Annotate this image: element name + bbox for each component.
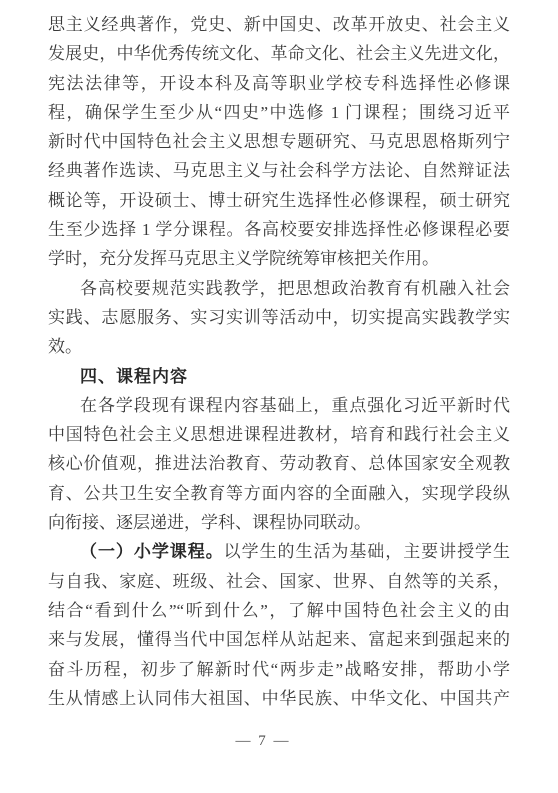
- text-line: 在各学段现有课程内容基础上，重点强化习近平新时代: [48, 391, 510, 420]
- text-line: 学时，充分发挥马克思主义学院统筹审核把关作用。: [48, 244, 510, 273]
- text-line: 奋斗历程，初步了解新时代“两步走”战略安排，帮助小学: [48, 655, 510, 684]
- section-heading: 四、课程内容: [48, 362, 510, 391]
- text-line: 宪法法律等，开设本科及高等职业学校专科选择性必修课: [48, 69, 510, 98]
- text-line: 中国特色社会主义思想进课程进教材，培育和践行社会主义: [48, 420, 510, 449]
- text-line: 育、公共卫生安全教育等方面内容的全面融入，实现学段纵: [48, 479, 510, 508]
- text-line: 程，确保学生至少从“四史”中选修 1 门课程；围绕习近平: [48, 98, 510, 127]
- text-line: 来与发展，懂得当代中国怎样从站起来、富起来到强起来的: [48, 625, 510, 654]
- subsection-title: （一）小学课程。: [80, 542, 224, 561]
- text-line: 生从情感上认同伟大祖国、中华民族、中华文化、中国共产: [48, 684, 510, 713]
- text-line: 经典著作选读、马克思主义与社会科学方法论、自然辩证法: [48, 156, 510, 185]
- text-run: 以学生的生活为基础，主要讲授学生: [224, 542, 510, 561]
- document-body: 思主义经典著作，党史、新中国史、改革开放史、社会主义发展史，中华优秀传统文化、革…: [48, 10, 510, 713]
- text-line: 发展史，中华优秀传统文化、革命文化、社会主义先进文化，: [48, 39, 510, 68]
- text-line: 思主义经典著作，党史、新中国史、改革开放史、社会主义: [48, 10, 510, 39]
- text-line: 各高校要规范实践教学，把思想政治教育有机融入社会: [48, 274, 510, 303]
- text-line: 实践、志愿服务、实习实训等活动中，切实提高实践教学实: [48, 303, 510, 332]
- text-line: 核心价值观，推进法治教育、劳动教育、总体国家安全观教: [48, 449, 510, 478]
- text-line: 概论等，开设硕士、博士研究生选择性必修课程，硕士研究: [48, 186, 510, 215]
- text-line: 新时代中国特色社会主义思想专题研究、马克思恩格斯列宁: [48, 127, 510, 156]
- text-line: 生至少选择 1 学分课程。各高校要安排选择性必修课程必要: [48, 215, 510, 244]
- page-number: — 7 —: [0, 733, 542, 750]
- document-page: 思主义经典著作，党史、新中国史、改革开放史、社会主义发展史，中华优秀传统文化、革…: [0, 0, 558, 793]
- text-line: 效。: [48, 332, 510, 361]
- text-line: 与自我、家庭、班级、社会、国家、世界、自然等的关系，: [48, 567, 510, 596]
- text-line: （一）小学课程。以学生的生活为基础，主要讲授学生: [48, 537, 510, 566]
- text-line: 结合“看到什么”“听到什么”，了解中国特色社会主义的由: [48, 596, 510, 625]
- text-line: 向衔接、逐层递进，学科、课程协同联动。: [48, 508, 510, 537]
